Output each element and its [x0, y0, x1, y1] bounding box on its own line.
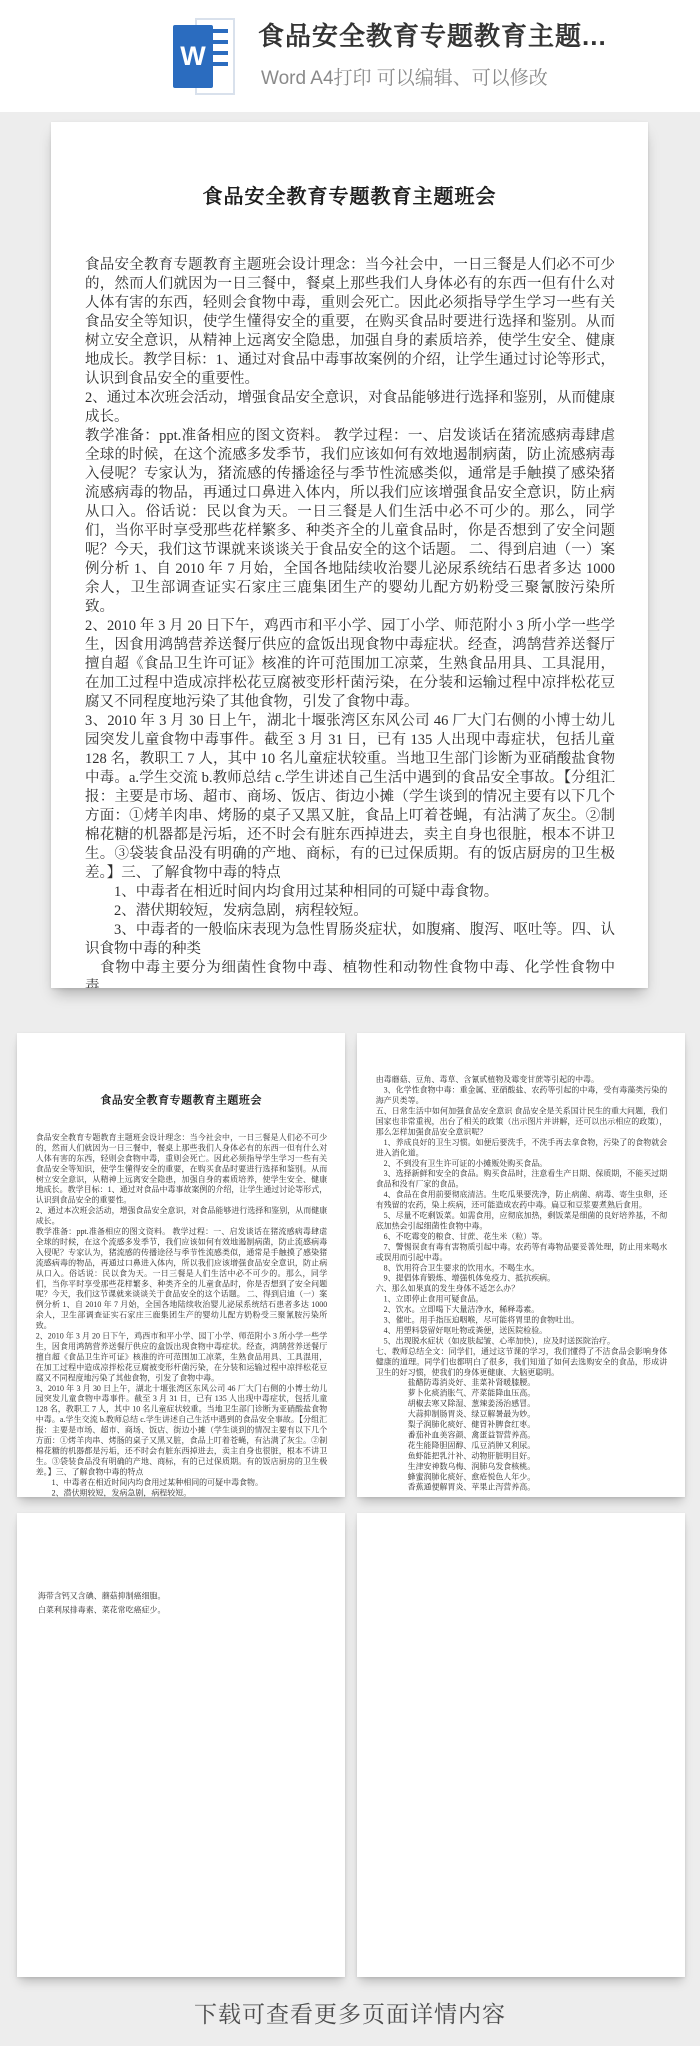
doc-paragraph: 3、2010 年 3 月 30 日上午，湖北十堰张湾区东风公司 46 厂大门右侧… [36, 1384, 328, 1478]
doc-paragraph: 2、通过本次班会活动，增强食品安全意识，对食品能够进行选择和鉴别，从而健康成长。 [36, 1206, 328, 1227]
doc-paragraph: 大蒜抑制肠胃炎、绿豆解暑最为妙。 [376, 1409, 668, 1419]
doc-body-page-1-thumb: 食品安全教育专题教育主题班会设计理念：当今社会中，一日三餐是人们必不可少的，然而… [36, 1133, 328, 1497]
word-icon-letter: W [173, 25, 213, 88]
doc-paragraph: 食品安全教育专题教育主题班会设计理念：当今社会中，一日三餐是人们必不可少的，然而… [85, 256, 615, 389]
doc-paragraph: 梨子润肺化痰好、健胃补脾食红枣。 [376, 1420, 668, 1430]
doc-paragraph: 番茄补血美容颜、禽蛋益智营养高。 [376, 1430, 668, 1440]
footer-download-note: 下载可查看更多页面详情内容 [0, 1996, 700, 2029]
doc-paragraph: 9、提倡体育锻炼、增强机体免疫力、抵抗疾病。 [376, 1274, 668, 1284]
doc-paragraph: 6、不吃霉变的粮食、甘蔗、花生米（粒）等。 [376, 1232, 668, 1242]
doc-paragraph: 1、养成良好的卫生习惯。如便后要洗手，不洗手再去拿食物，污染了的食物就会进入消化… [376, 1138, 668, 1159]
doc-title-thumb: 食品安全教育专题教育主题班会 [17, 1091, 345, 1107]
doc-paragraph: 教学准备：ppt.准备相应的图文资料。 教学过程：一、启发谈话在猪流感病毒肆虐全… [36, 1227, 328, 1332]
page-1-content: 食品安全教育专题教育主题班会 食品安全教育专题教育主题班会设计理念：当今社会中，… [51, 180, 648, 988]
doc-paragraph: 2、通过本次班会活动，增强食品安全意识，对食品能够进行选择和鉴别，从而健康成长。 [85, 389, 615, 427]
doc-paragraph: 2、2010 年 3 月 20 日下午，鸡西市和平小学、园丁小学、师范附小 3 … [36, 1331, 328, 1383]
doc-paragraph: 食品安全教育专题教育主题班会设计理念：当今社会中，一日三餐是人们必不可少的，然而… [36, 1133, 328, 1206]
doc-paragraph: 香蕉通便解胃炎、苹果止泻营养高。 [376, 1483, 668, 1493]
doc-body-page-1: 食品安全教育专题教育主题班会设计理念：当今社会中，一日三餐是人们必不可少的，然而… [85, 256, 615, 988]
doc-paragraph: 花生能降胆固醇、瓜豆消肿又利尿。 [376, 1441, 668, 1451]
doc-paragraph: 七、教师总结全文：同学们，通过这节课的学习，我们懂得了不洁食品会影响身体健康的道… [376, 1347, 668, 1378]
doc-paragraph: 8、饮用符合卫生要求的饮用水。不喝生水。 [376, 1263, 668, 1273]
doc-paragraph: 4、食品在食用前要彻底清洁。生吃瓜果要洗净，防止病菌、病毒、寄生虫卵，还有残留的… [376, 1190, 668, 1211]
doc-paragraph: 5、出现脱水症状（如皮肤起皱、心率加快），应及时送医院治疗。 [376, 1336, 668, 1346]
preview-page-2-thumbnail: 由毒蘑菇、豆角、毒草、含氰甙植物及霉变甘蔗等引起的中毒。 3、化学性食物中毒：重… [357, 1033, 685, 1497]
preview-page-4-thumbnail [357, 1513, 685, 1977]
doc-paragraph: 4、用塑料袋留好呕吐物或粪便，送医院检验。 [376, 1326, 668, 1336]
preview-page-1-thumbnail: 食品安全教育专题教育主题班会 食品安全教育专题教育主题班会设计理念：当今社会中，… [17, 1033, 345, 1497]
doc-paragraph: 白菜利尿排毒素、菜花常吃癌症少。 [38, 1603, 327, 1617]
page-3-thumb-content: 海带含钙又含碘、蘑菇抑制癌细胞。白菜利尿排毒素、菜花常吃癌症少。 [17, 1589, 345, 1618]
preview-page-1: 食品安全教育专题教育主题班会 食品安全教育专题教育主题班会设计理念：当今社会中，… [51, 122, 648, 988]
doc-paragraph: 鱼虾能把乳汁补、动物肝脏明目好。 [376, 1451, 668, 1461]
doc-paragraph: 蜂蜜润肺化痰好、愈疮悦色人年少。 [376, 1472, 668, 1482]
doc-paragraph: 由毒蘑菇、豆角、毒草、含氰甙植物及霉变甘蔗等引起的中毒。 [376, 1075, 668, 1085]
document-title-header: 食品安全教育专题教育主题... [258, 16, 607, 53]
doc-paragraph: 六、那么如果真的发生身体不适怎么办？ [376, 1284, 668, 1294]
doc-paragraph: 胡椒去寒又除湿、葱辣姜汤治感冒。 [376, 1399, 668, 1409]
doc-paragraph: 2、潜伏期较短，发病急剧，病程较短。 [36, 1488, 328, 1497]
doc-paragraph: 五、日常生活中如何加强食品安全意识 食品安全是关系国计民生的重大问题，我们国家也… [376, 1106, 668, 1137]
doc-paragraph: 3、化学性食物中毒：重金属、亚硝酸盐、农药等引起的中毒，受有毒藻类污染的海产贝类… [376, 1085, 668, 1106]
doc-paragraph: 2、2010 年 3 月 20 日下午，鸡西市和平小学、园丁小学、师范附小 3 … [85, 617, 615, 712]
doc-body-page-2: 由毒蘑菇、豆角、毒草、含氰甙植物及霉变甘蔗等引起的中毒。 3、化学性食物中毒：重… [376, 1075, 668, 1493]
doc-paragraph: 1、中毒者在相近时间内均食用过某种相同的可疑中毒食物。 [36, 1478, 328, 1488]
doc-paragraph: 教学准备：ppt.准备相应的图文资料。 教学过程：一、启发谈话在猪流感病毒肆虐全… [85, 427, 615, 617]
doc-paragraph: 海带含钙又含碘、蘑菇抑制癌细胞。 [38, 1589, 327, 1603]
doc-paragraph: 1、立即停止食用可疑食品。 [376, 1294, 668, 1304]
doc-paragraph: 食物中毒主要分为细菌性食物中毒、植物性和动物性食物中毒、化学性食物中毒。 [85, 959, 615, 988]
word-file-icon: W [173, 15, 235, 98]
doc-paragraph: 1、中毒者在相近时间内均食用过某种相同的可疑中毒食物。 [85, 883, 615, 902]
doc-title: 食品安全教育专题教育主题班会 [51, 180, 648, 209]
page-1-thumb-content: 食品安全教育专题教育主题班会 食品安全教育专题教育主题班会设计理念：当今社会中，… [17, 1091, 345, 1497]
doc-paragraph: 盐醋防毒消炎好、韭菜补肾暖膝腰。 [376, 1378, 668, 1388]
doc-paragraph: 3、选择新鲜和安全的食品。购买食品时，注意看生产日期、保质期，不能买过期食品和没… [376, 1169, 668, 1190]
doc-paragraph: 3、2010 年 3 月 30 日上午，湖北十堰张湾区东风公司 46 厂大门右侧… [85, 712, 615, 883]
doc-paragraph: 3、中毒者的一般临床表现为急性胃肠炎症状，如腹痛、腹泻、呕吐等。四、认识食物中毒… [85, 921, 615, 959]
doc-paragraph: 7、警惕误食有毒有害物质引起中毒。农药等有毒物品要妥善处理，防止用来喝水或误用而… [376, 1242, 668, 1263]
doc-body-page-3: 海带含钙又含碘、蘑菇抑制癌细胞。白菜利尿排毒素、菜花常吃癌症少。 [38, 1589, 327, 1618]
page-2-thumb-content: 由毒蘑菇、豆角、毒草、含氰甙植物及霉变甘蔗等引起的中毒。 3、化学性食物中毒：重… [357, 1075, 685, 1493]
doc-paragraph: 2、不到没有卫生许可证的小摊贩处购买食品。 [376, 1159, 668, 1169]
doc-paragraph: 2、饮水。立即喝下大量洁净水，稀释毒素。 [376, 1305, 668, 1315]
doc-paragraph: 萝卜化痰消胀气、芹菜能降血压高。 [376, 1389, 668, 1399]
doc-paragraph: 生津安神数乌梅、润肺乌发食核桃。 [376, 1462, 668, 1472]
preview-page-3-thumbnail: 海带含钙又含碘、蘑菇抑制癌细胞。白菜利尿排毒素、菜花常吃癌症少。 [17, 1513, 345, 1977]
doc-paragraph: 3、催吐。用手指压迫咽喉，尽可能将胃里的食物吐出。 [376, 1315, 668, 1325]
doc-paragraph: 2、潜伏期较短，发病急剧，病程较短。 [85, 902, 615, 921]
doc-paragraph: 5、尽量不吃剩饭菜。如需食用，应彻底加热，剩饭菜是细菌的良好培养基，不彻底加热会… [376, 1211, 668, 1232]
header-bar: W 食品安全教育专题教育主题... Word A4打印 可以编辑、可以修改 [0, 0, 700, 112]
document-format-subtitle: Word A4打印 可以编辑、可以修改 [261, 63, 548, 90]
